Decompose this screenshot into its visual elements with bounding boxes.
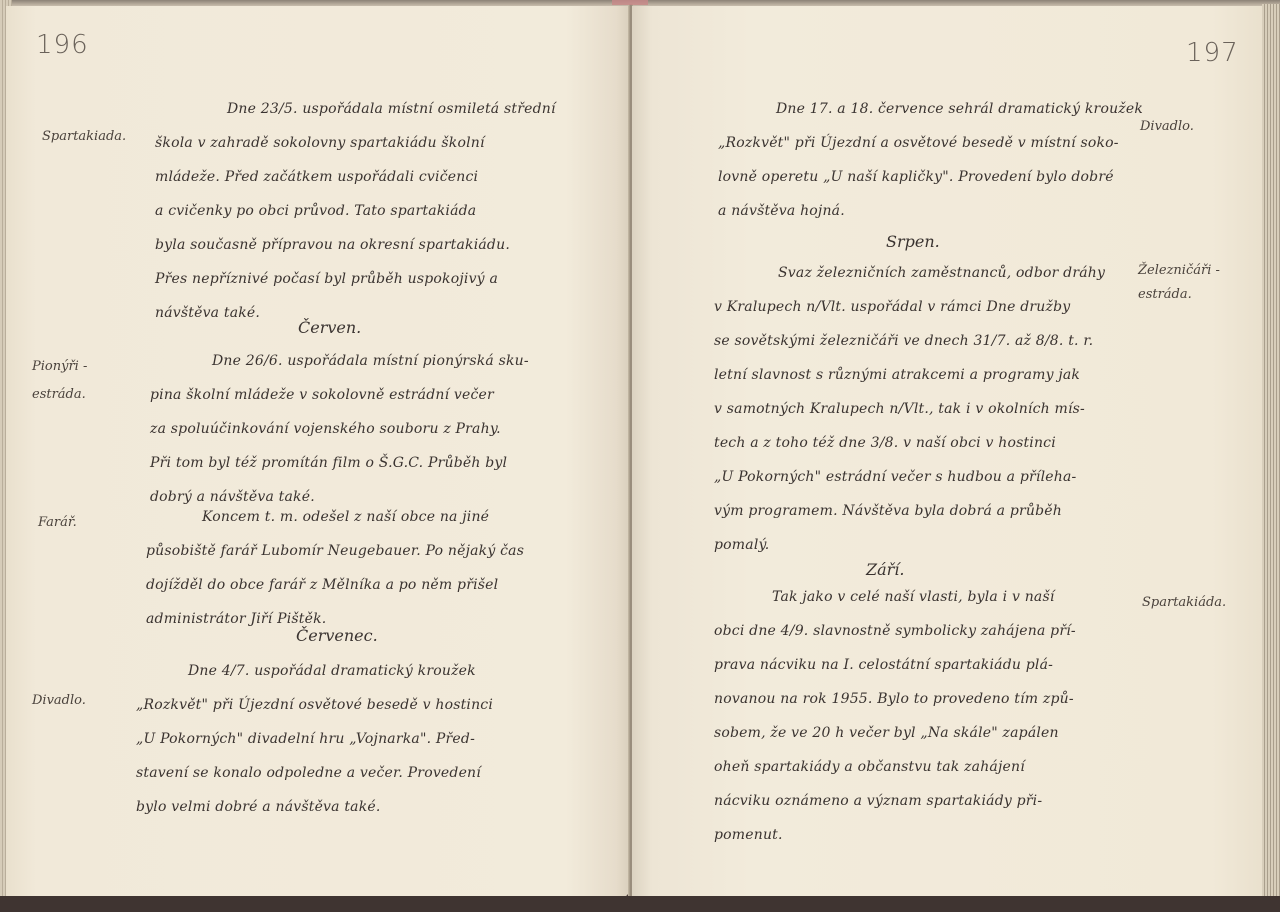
margin-note-line: estráda. [32,386,87,404]
text-line: letní slavnost s různými atrakcemi a pro… [714,358,1105,392]
text-line: a návštěva hojná. [718,194,1143,228]
entry-june-farar: Koncem t. m. odešel z naší obce na jiné … [146,500,524,636]
text-line: za spoluúčinkování vojenského souboru z … [150,412,529,446]
text-line: Při tom byl též promítán film o Š.G.C. P… [150,446,529,480]
bookmark-ribbon [612,0,648,5]
page-number-left: 196 [36,30,89,60]
text-line: se sovětskými železničáři ve dnech 31/7.… [714,324,1105,358]
text-line: pomenut. [714,818,1076,852]
text-line: nácviku oznámeno a význam spartakiády př… [714,784,1076,818]
margin-note-farar: Farář. [38,514,77,532]
text-line: „Rozkvět" při Újezdní osvětové besedě v … [136,688,493,722]
margin-note-line: Pionýři - [32,358,87,386]
text-line: v samotných Kralupech n/Vlt., tak i v ok… [714,392,1105,426]
text-line: „Rozkvět" při Újezdní a osvětové besedě … [718,126,1143,160]
text-line: sobem, že ve 20 h večer byl „Na skále" z… [714,716,1076,750]
text-line: Dne 4/7. uspořádal dramatický kroužek [136,654,493,688]
entry-july-operetta: Dne 17. a 18. července sehrál dramatický… [718,92,1143,228]
text-line: vým programem. Návštěva byla dobrá a prů… [714,494,1105,528]
text-line: „U Pokorných" divadelní hru „Vojnarka". … [136,722,493,756]
text-line: oheň spartakiády a občanstvu tak zahájen… [714,750,1076,784]
text-line: v Kralupech n/Vlt. uspořádal v rámci Dne… [714,290,1105,324]
margin-note-divadlo: Divadlo. [32,692,86,710]
entry-august-railway: Svaz železničních zaměstnanců, odbor drá… [714,256,1105,562]
heading-september: Září. [866,560,905,579]
table-surface [0,896,1280,912]
margin-note-line: estráda. [1138,286,1220,304]
text-line: „U Pokorných" estrádní večer s hudbou a … [714,460,1105,494]
heading-august: Srpen. [886,232,940,251]
text-line: obci dne 4/9. slavnostně symbolicky zahá… [714,614,1076,648]
text-line: lovně operetu „U naší kapličky". Provede… [718,160,1143,194]
entry-june-pionyri: Dne 26/6. uspořádala místní pionýrská sk… [150,344,529,514]
text-line: Dne 17. a 18. července sehrál dramatický… [718,92,1143,126]
text-line: bylo velmi dobré a návštěva také. [136,790,493,824]
text-line: tech a z toho též dne 3/8. v naší obci v… [714,426,1105,460]
text-line: byla současně přípravou na okresní spart… [155,228,556,262]
entry-may-spartakiada: Dne 23/5. uspořádala místní osmiletá stř… [155,92,556,330]
text-line: Koncem t. m. odešel z naší obce na jiné [146,500,524,534]
text-line: prava nácviku na I. celostátní spartakiá… [714,648,1076,682]
text-line: Svaz železničních zaměstnanců, odbor drá… [714,256,1105,290]
text-line: dojížděl do obce farář z Mělníka a po ně… [146,568,524,602]
text-line: škola v zahradě sokolovny spartakiádu šk… [155,126,556,160]
margin-note-spartakiada-right: Spartakiáda. [1142,594,1226,612]
right-page-stack [1262,4,1280,898]
text-line: Dne 23/5. uspořádala místní osmiletá stř… [155,92,556,126]
text-line: novanou na rok 1955. Bylo to provedeno t… [714,682,1076,716]
text-line: stavení se konalo odpoledne a večer. Pro… [136,756,493,790]
open-book: 196 Spartakiada. Pionýři - estráda. Fará… [0,0,1280,900]
margin-note-spartakiada: Spartakiada. [42,128,126,146]
text-line: mládeže. Před začátkem uspořádali cvičen… [155,160,556,194]
text-line: působiště farář Lubomír Neugebauer. Po n… [146,534,524,568]
entry-september-spartakiada: Tak jako v celé naší vlasti, byla i v na… [714,580,1076,852]
text-line: pina školní mládeže v sokolovně estrádní… [150,378,529,412]
text-line: a cvičenky po obci průvod. Tato spartaki… [155,194,556,228]
margin-note-divadlo-right: Divadlo. [1140,118,1194,136]
text-line: Dne 26/6. uspořádala místní pionýrská sk… [150,344,529,378]
text-line: Přes nepříznivé počasí byl průběh uspoko… [155,262,556,296]
heading-june: Červen. [298,318,361,337]
margin-note-pionyri: Pionýři - estráda. [32,358,87,404]
entry-july-theatre: Dne 4/7. uspořádal dramatický kroužek „R… [136,654,493,824]
heading-july: Červenec. [296,626,378,645]
text-line: pomalý. [714,528,1105,562]
text-line: Tak jako v celé naší vlasti, byla i v na… [714,580,1076,614]
margin-note-line: Železničáři - [1138,262,1220,286]
page-number-right: 197 [1186,38,1239,68]
margin-note-zeleznicari: Železničáři - estráda. [1138,262,1220,304]
